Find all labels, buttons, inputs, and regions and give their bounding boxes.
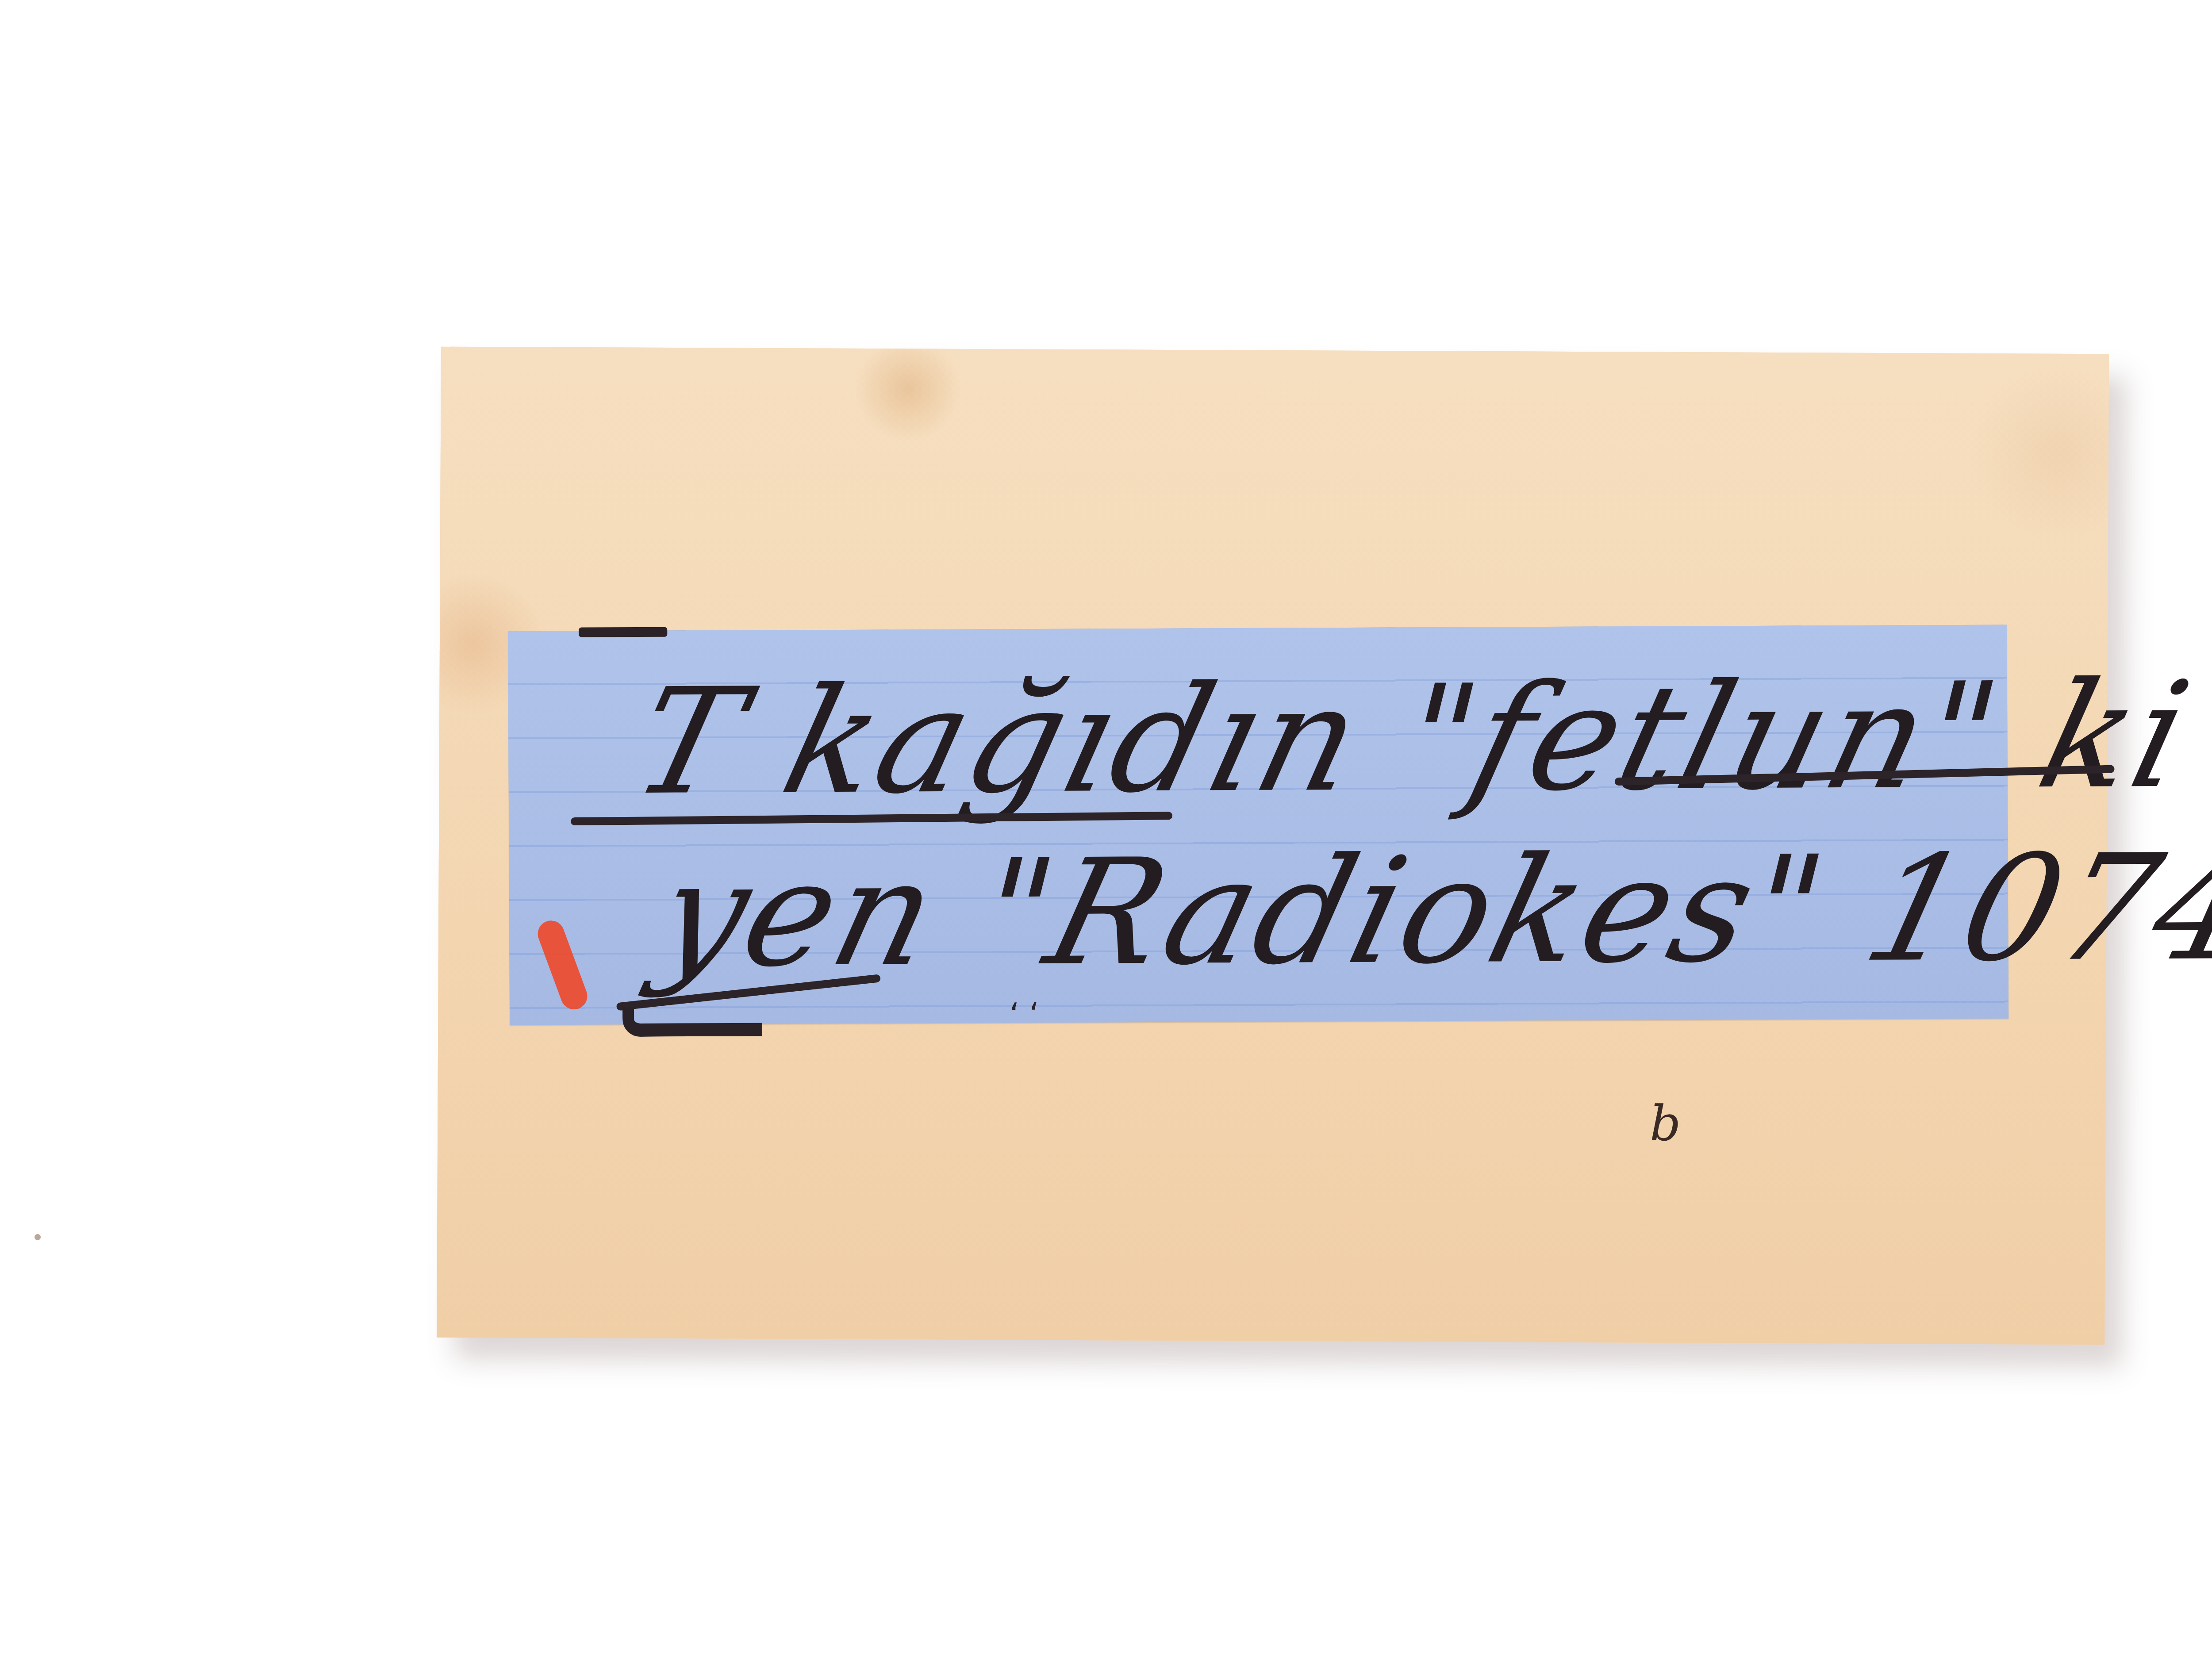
paper-card: T kağıdın "fetlun" ki ika- yen "Radiokes… xyxy=(437,347,2109,1345)
handwritten-line-2: yen "Radiokes" 1074, 15 xyxy=(642,821,2212,1000)
ink-mark-top xyxy=(579,627,667,637)
handwritten-page-mark: b xyxy=(1650,1095,1681,1152)
ink-hook-stroke xyxy=(622,1006,762,1037)
handwritten-line-1: T kağıdın "fetlun" ki ika- xyxy=(619,649,2212,827)
ink-ticks: ʻ ʻ xyxy=(1010,996,1039,1032)
stray-dust-speck xyxy=(35,1234,41,1240)
blue-note-strip: T kağıdın "fetlun" ki ika- yen "Radiokes… xyxy=(508,625,2008,1025)
red-crayon-mark xyxy=(534,917,591,1013)
